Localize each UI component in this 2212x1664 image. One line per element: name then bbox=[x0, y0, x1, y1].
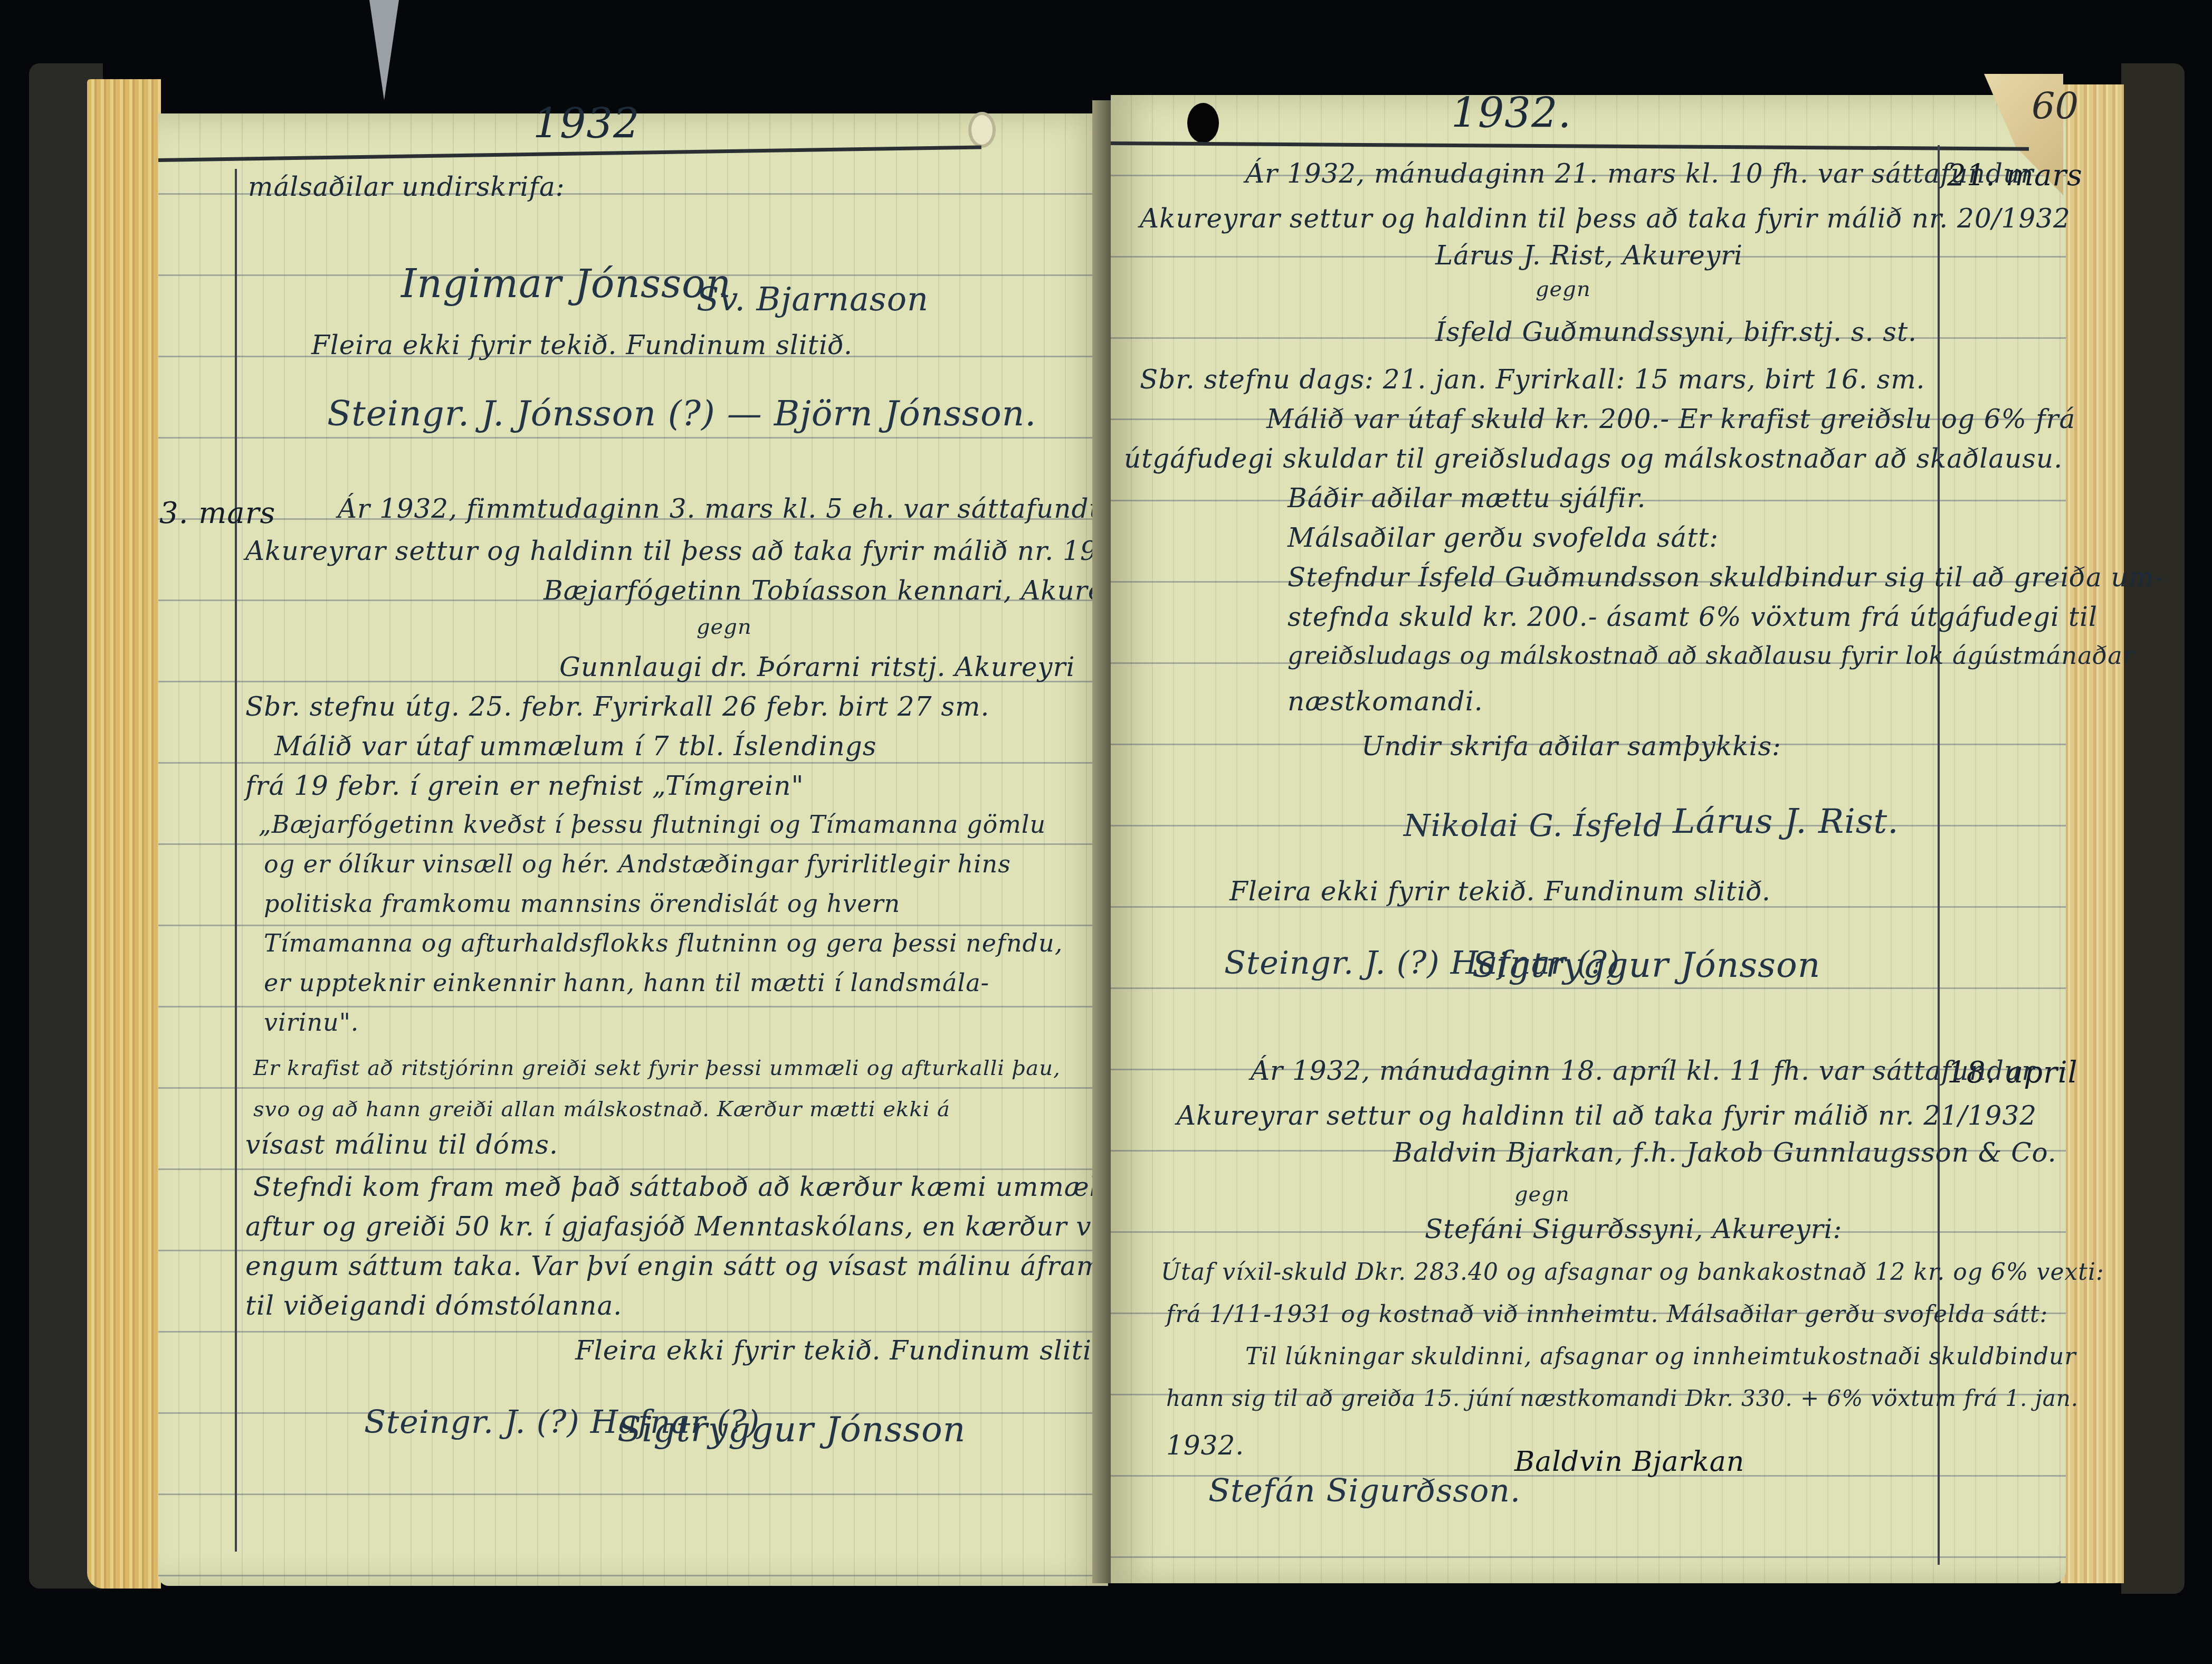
ledger-photo: 1932 málsaðilar undirskrifa: Ingimar Jón… bbox=[0, 0, 2212, 1664]
entry-line: Ár 1932, mánudaginn 18. apríl kl. 11 fh.… bbox=[1251, 1056, 2035, 1086]
page-edges-left bbox=[87, 79, 161, 1589]
punch-hole-left bbox=[968, 112, 996, 148]
entry-line: vísast málinu til dóms. bbox=[245, 1129, 558, 1160]
party-signature: Baldvin Bjarkan bbox=[1514, 1446, 1744, 1478]
entry-line: aftur og greiði 50 kr. í gjafasjóð Mennt… bbox=[245, 1211, 1136, 1242]
entry-line: til viðeigandi dómstólanna. bbox=[245, 1290, 622, 1321]
versus: gegn bbox=[1514, 1182, 1570, 1206]
entry-line: Akureyrar settur og haldinn til þess að … bbox=[245, 536, 1176, 566]
entry-line: Báðir aðilar mættu sjálfir. bbox=[1288, 483, 1646, 514]
entry-line: greiðsludags og málskostnað að skaðlausu… bbox=[1288, 641, 2135, 670]
closing-line: Fleira ekki fyrir tekið. Fundinum slitið… bbox=[1229, 876, 1771, 907]
entry-line: Akureyrar settur og haldinn til að taka … bbox=[1177, 1100, 2037, 1131]
entry-line: Til lúkningar skuldinni, afsagnar og inn… bbox=[1245, 1343, 2076, 1370]
entry-line: útgáfudegi skuldar til greiðsludags og m… bbox=[1124, 443, 2063, 474]
versus: gegn bbox=[697, 615, 752, 639]
entry-line: Stefndur Ísfeld Guðmundsson skuldbindur … bbox=[1288, 562, 2163, 593]
plaintiff: Bæjarfógetinn Tobíasson kennari, Akureyr… bbox=[544, 575, 1141, 606]
entry-line: Málsaðilar gerðu svofelda sátt: bbox=[1288, 522, 1719, 553]
entry-paragraph: Er krafist að ritstjórinn greiði sekt fy… bbox=[253, 1048, 1076, 1130]
year-header-left: 1932 bbox=[533, 100, 640, 148]
entry-line: Ár 1932, mánudaginn 21. mars kl. 10 fh. … bbox=[1245, 158, 2034, 189]
versus: gegn bbox=[1536, 277, 1591, 301]
party-signature: Stefán Sigurðsson. bbox=[1208, 1472, 1521, 1509]
entry-line: engum sáttum taka. Var því engin sátt og… bbox=[245, 1251, 1102, 1281]
signature: Sv. Bjarnason bbox=[697, 280, 929, 318]
entry-line: Ár 1932, fimmtudaginn 3. mars kl. 5 eh. … bbox=[338, 493, 1120, 524]
signature: Ingimar Jónsson bbox=[401, 261, 731, 307]
entry-line: Málið var útaf skuld kr. 200.- Er krafis… bbox=[1266, 404, 2075, 434]
year-header-right: 1932. bbox=[1451, 90, 1571, 137]
entry-line: frá 1/11-1931 og kostnað við innheimtu. … bbox=[1166, 1301, 2048, 1328]
punch-hole-right bbox=[1187, 103, 1219, 143]
entry-line: Málið var útaf ummælum í 7 tbl. Íslendin… bbox=[274, 731, 876, 762]
quote-line: politiska framkomu mannsins örendislát o… bbox=[264, 889, 900, 918]
defendant: Ísfeld Guðmundssyni, bifr.stj. s. st. bbox=[1435, 317, 1917, 347]
entry-line: Undir skrifa aðilar samþykkis: bbox=[1361, 731, 1781, 762]
quote-line: og er ólíkur vinsæll og hér. Andstæðinga… bbox=[264, 850, 1011, 878]
date-column-divider-left bbox=[235, 169, 237, 1552]
entry-line: 1932. bbox=[1166, 1430, 1244, 1461]
clerk-signature: Sigtryggur Jónsson bbox=[617, 1409, 966, 1450]
defendant: Gunnlaugi dr. Þórarni ritstj. Akureyri bbox=[559, 652, 1075, 682]
entry-line: frá 19 febr. í grein er nefnist „Tímgrei… bbox=[245, 771, 804, 801]
entry-line: Sbr. stefnu dags: 21. jan. Fyrirkall: 15… bbox=[1140, 364, 1925, 395]
party-signature: Lárus J. Rist. bbox=[1673, 802, 1899, 841]
quote-line: virinu". bbox=[264, 1008, 359, 1037]
page-holder-blade bbox=[369, 0, 399, 100]
plaintiff: Lárus J. Rist, Akureyri bbox=[1435, 240, 1743, 271]
plaintiff: Baldvin Bjarkan, f.h. Jakob Gunnlaugsson… bbox=[1393, 1137, 2057, 1168]
entry-date: 3. mars bbox=[159, 496, 275, 530]
quote-line: Tímamanna og afturhaldsflokks flutninn o… bbox=[264, 929, 1063, 957]
defendant: Stefáni Sigurðssyni, Akureyri: bbox=[1425, 1214, 1842, 1244]
entry-line: Sbr. stefnu útg. 25. febr. Fyrirkall 26 … bbox=[245, 691, 989, 722]
entry-line: Akureyrar settur og haldinn til þess að … bbox=[1140, 203, 2071, 234]
quote-line: „Bæjarfógetinn kveðst í þessu flutningi … bbox=[259, 810, 1046, 839]
entry-line: Útaf víxil-skuld Dkr. 283.40 og afsagnar… bbox=[1161, 1259, 2104, 1286]
entry-line: hann sig til að greiða 15. júní næstkoma… bbox=[1166, 1385, 2078, 1411]
quote-line: er uppteknir einkennir hann, hann til mæ… bbox=[264, 968, 989, 997]
text-line: málsaðilar undirskrifa: bbox=[248, 172, 565, 202]
closing-line: Fleira ekki fyrir tekið. Fundinum slitið… bbox=[311, 330, 853, 360]
party-signature: Nikolai G. Ísfeld bbox=[1404, 807, 1663, 843]
entry-line: stefnda skuld kr. 200.- ásamt 6% vöxtum … bbox=[1288, 602, 2097, 632]
entry-line: Stefndi kom fram með það sáttaboð að kær… bbox=[253, 1172, 1125, 1202]
entry-line: næstkomandi. bbox=[1288, 686, 1483, 717]
closing-line: Fleira ekki fyrir tekið. Fundinum slitið… bbox=[575, 1335, 1117, 1366]
signature: Steingr. J. Jónsson (?) — Björn Jónsson. bbox=[327, 393, 1036, 434]
page-number: 60 bbox=[2032, 84, 2078, 128]
book-cover-right bbox=[2121, 63, 2185, 1594]
clerk-signature: Sigtryggur Jónsson bbox=[1472, 945, 1820, 985]
